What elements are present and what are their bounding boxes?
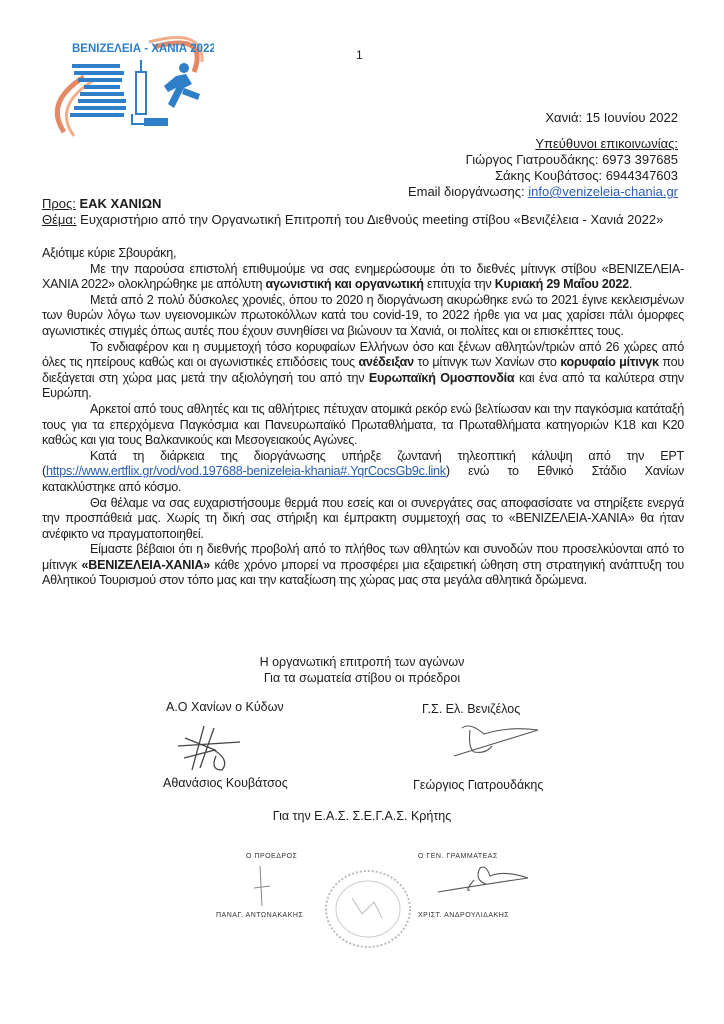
signature-giatroudakis-icon [440, 718, 550, 768]
club-venizelos: Γ.Σ. Ελ. Βενιζέλος [422, 702, 520, 716]
paragraph-1: Με την παρούσα επιστολή επιθυμούμε να σα… [42, 262, 684, 293]
paragraph-2: Μετά από 2 πολύ δύσκολες χρονιές, όπου τ… [42, 293, 684, 340]
signer-antonakakis: ΠΑΝΑΓ. ΑΝΤΩΝΑΚΑΚΗΣ [216, 912, 303, 919]
recipient-block: Προς: ΕΑΚ ΧΑΝΙΩΝ Θέμα: Ευχαριστήριο από … [42, 196, 663, 228]
signature-antonakakis-icon [240, 862, 300, 912]
to-label: Προς: [42, 196, 76, 211]
ertflix-link[interactable]: https://www.ertflix.gr/vod/vod.197688-be… [46, 464, 446, 478]
svg-text:ΒΕΝΙΖΕΛΕΙΑ - ΧΑΝΙΑ 2022: ΒΕΝΙΖΕΛΕΙΑ - ΧΑΝΙΑ 2022 [72, 43, 214, 55]
closing-line-2: Για τα σωματεία στίβου οι πρόεδροι [0, 670, 724, 686]
page-number: 1 [356, 48, 363, 62]
signer-androulidakis: ΧΡΙΣΤ. ΑΝΔΡΟΥΛΙΔΑΚΗΣ [418, 912, 509, 919]
role-president: Ο ΠΡΟΕΔΡΟΣ [246, 853, 297, 860]
signature-kouvatsos-icon [170, 720, 290, 780]
role-secretary: Ο ΓΕΝ. ΓΡΑΜΜΑΤΕΑΣ [418, 853, 498, 860]
paragraph-3: Το ενδιαφέρον και η συμμετοχή τόσο κορυφ… [42, 340, 684, 402]
name-kouvatsos: Αθανάσιος Κουβάτσος [163, 776, 288, 790]
club-kydon: Α.Ο Χανίων ο Κύδων [166, 700, 284, 714]
paragraph-6: Θα θέλαμε να σας ευχαριστήσουμε θερμά πο… [42, 496, 684, 543]
contact-kouvatsos: Σάκης Κουβάτσος: 6944347603 [408, 168, 678, 184]
contacts-title: Υπεύθυνοι επικοινωνίας: [408, 136, 678, 152]
paragraph-7: Είμαστε βέβαιοι ότι η διεθνής προβολή απ… [42, 542, 684, 589]
paragraph-4: Αρκετοί από τους αθλητές και τις αθλήτρι… [42, 402, 684, 449]
to-line: Προς: ΕΑΚ ΧΑΝΙΩΝ [42, 196, 663, 212]
letter-body: Αξιότιμε κύριε Σβουράκη, Με την παρούσα … [42, 246, 684, 589]
contact-giatroudakis: Γιώργος Γιατρουδάκης: 6973 397685 [408, 152, 678, 168]
contacts-block: Υπεύθυνοι επικοινωνίας: Γιώργος Γιατρουδ… [408, 136, 678, 200]
subject-value: Ευχαριστήριο από την Οργανωτική Επιτροπή… [77, 212, 664, 227]
subject-label: Θέμα: [42, 212, 77, 227]
closing-line-1: Η οργανωτική επιτροπή των αγώνων [0, 654, 724, 670]
paragraph-5: Κατά τη διάρκεια της διοργάνωσης υπήρξε … [42, 449, 684, 496]
official-stamp-icon [322, 868, 414, 950]
greeting: Αξιότιμε κύριε Σβουράκη, [42, 246, 684, 262]
to-value: ΕΑΚ ΧΑΝΙΩΝ [76, 196, 162, 211]
closing-block: Η οργανωτική επιτροπή των αγώνων Για τα … [0, 654, 724, 686]
letter-date: Χανιά: 15 Ιουνίου 2022 [545, 110, 678, 126]
name-giatroudakis: Γεώργιος Γιατρουδάκης [413, 778, 543, 792]
eas-line: Για την Ε.Α.Σ. Σ.Ε.Γ.Α.Σ. Κρήτης [0, 808, 724, 824]
subject-line: Θέμα: Ευχαριστήριο από την Οργανωτική Επ… [42, 212, 663, 228]
venizeleia-logo: ΒΕΝΙΖΕΛΕΙΑ - ΧΑΝΙΑ 2022 [44, 32, 214, 140]
signature-androulidakis-icon [434, 862, 534, 902]
